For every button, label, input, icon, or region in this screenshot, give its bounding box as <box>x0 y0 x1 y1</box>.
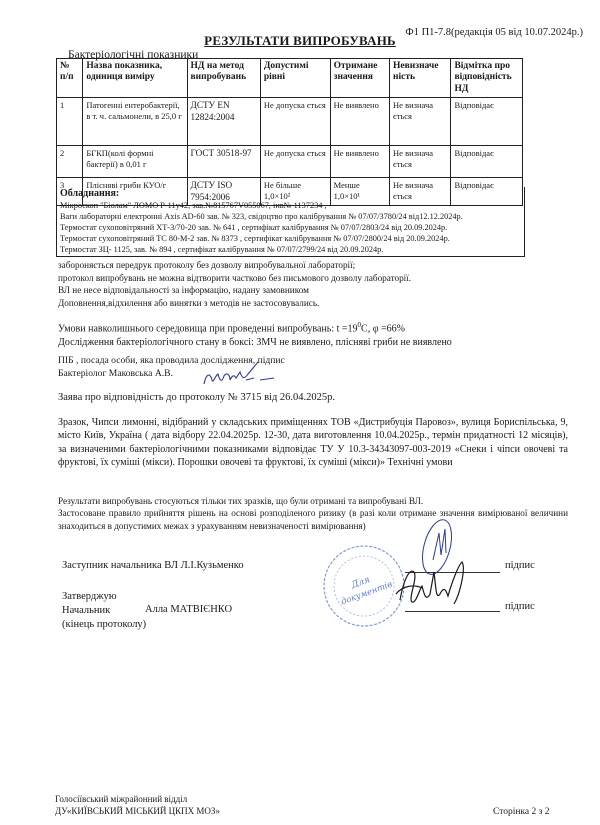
box-study: Дослідження бактеріологічного стану в бо… <box>58 336 452 350</box>
equipment-item: Термостат ЗЦ- 1125, зав. № 894 , сертифі… <box>60 244 521 255</box>
cell-indicator: Патогенні ентеробактерії, в т. ч. сальмо… <box>83 98 187 146</box>
results-table: № п/п Назва показника, одиниця виміру НД… <box>56 58 523 206</box>
footer-org: Голосіївський міжрайонний відділ ДУ«КИЇВ… <box>55 793 220 817</box>
head-signature-icon <box>392 558 472 610</box>
col-header-indicator: Назва показника, одиниця виміру <box>83 59 187 98</box>
table-row: 2 БГКП(колі формні бактерії) в 0,01 г ГО… <box>57 146 523 178</box>
deputy-line: Заступник начальника ВЛ Л.І.Кузьменко <box>62 560 244 571</box>
equipment-item: Ваги лабораторні електронні Axis AD-60 з… <box>60 211 521 222</box>
cell-method: ДСТУ EN 12824:2004 <box>187 98 260 146</box>
cell-method: ГОСТ 30518-97 <box>187 146 260 178</box>
head-name: Алла МАТВІЄНКО <box>145 604 232 615</box>
head-signature-line <box>405 611 500 612</box>
col-header-uncertainty: Невизначе ність <box>390 59 451 98</box>
note-line: ВЛ не несе відповідальності за інформаці… <box>58 284 411 297</box>
conditions-block: Умови навколишнього середовища при прове… <box>58 318 452 350</box>
col-header-number: № п/п <box>57 59 83 98</box>
sample-description: Зразок, Чипси лимонні, відібраний у скла… <box>58 416 568 469</box>
environment-conditions: Умови навколишнього середовища при прове… <box>58 318 452 336</box>
head-title: Начальник <box>62 604 146 618</box>
performer-signature-icon <box>200 360 280 390</box>
cell-indicator: БГКП(колі формні бактерії) в 0,01 г <box>83 146 187 178</box>
environment-text: Умови навколишнього середовища при прове… <box>58 323 358 334</box>
cell-uncertainty: Не визнача ється <box>390 98 451 146</box>
table-row: 1 Патогенні ентеробактерії, в т. ч. саль… <box>57 98 523 146</box>
approval-block: Затверджую Начальник (кінець протоколу) <box>62 590 146 632</box>
cell-conformity: Відповідає <box>451 146 523 178</box>
sign-label: підпис <box>505 601 535 612</box>
col-header-method: НД на метод випробувань <box>187 59 260 98</box>
sign-label: підпис <box>505 560 535 571</box>
col-header-result: Отримане значення <box>330 59 389 98</box>
cell-result: Не виявлено <box>330 146 389 178</box>
cell-allowed: Не допуска ється <box>260 98 330 146</box>
note-line: забороняється передрук протоколу без доз… <box>58 259 411 272</box>
note-line: протокол випробувань не можна відтворити… <box>58 272 411 285</box>
end-of-protocol: (кінець протоколу) <box>62 618 146 632</box>
environment-suffix: С, φ =66% <box>361 323 405 334</box>
cell-number: 1 <box>57 98 83 146</box>
col-header-conformity: Відмітка про відповідність НД <box>451 59 523 98</box>
footer-dept: Голосіївський міжрайонний відділ <box>55 793 220 805</box>
page-number: Сторінка 2 з 2 <box>493 807 550 817</box>
results-block: Результати випробувань стосуються тільки… <box>58 495 568 532</box>
notes-block: забороняється передрук протоколу без доз… <box>58 259 411 309</box>
decision-rule: Застосоване правило прийняття рішень на … <box>58 507 568 532</box>
equipment-item: Термостат сухоповітряний ХТ-3/70-20 зав.… <box>60 222 521 233</box>
equipment-item: Термостат сухоповітряний ТС 80-М-2 зав. … <box>60 233 521 244</box>
table-header-row: № п/п Назва показника, одиниця виміру НД… <box>57 59 523 98</box>
approve-label: Затверджую <box>62 590 146 604</box>
cell-allowed: Не допуска ється <box>260 146 330 178</box>
cell-conformity: Відповідає <box>451 98 523 146</box>
equipment-box: Обладнання: Мікроскоп "Біолам" ЛОМО Р-11… <box>56 187 525 257</box>
results-scope: Результати випробувань стосуються тільки… <box>58 495 568 507</box>
cell-uncertainty: Не визнача ється <box>390 146 451 178</box>
footer-org-name: ДУ«КИЇВСЬКИЙ МІСЬКИЙ ЦКПХ МОЗ» <box>55 805 220 817</box>
cell-result: Не виявлено <box>330 98 389 146</box>
cell-number: 2 <box>57 146 83 178</box>
equipment-heading: Обладнання: <box>60 188 521 200</box>
conformity-claim: Заява про відповідність до протоколу № 3… <box>58 392 335 403</box>
equipment-item: Мікроскоп "Біолам" ЛОМО Р-11у42, зав.№81… <box>60 200 521 211</box>
document-title: РЕЗУЛЬТАТИ ВИПРОБУВАНЬ <box>0 33 600 49</box>
note-line: Доповнення,відхилення або винятки з мето… <box>58 297 411 310</box>
col-header-allowed: Допустимі рівні <box>260 59 330 98</box>
